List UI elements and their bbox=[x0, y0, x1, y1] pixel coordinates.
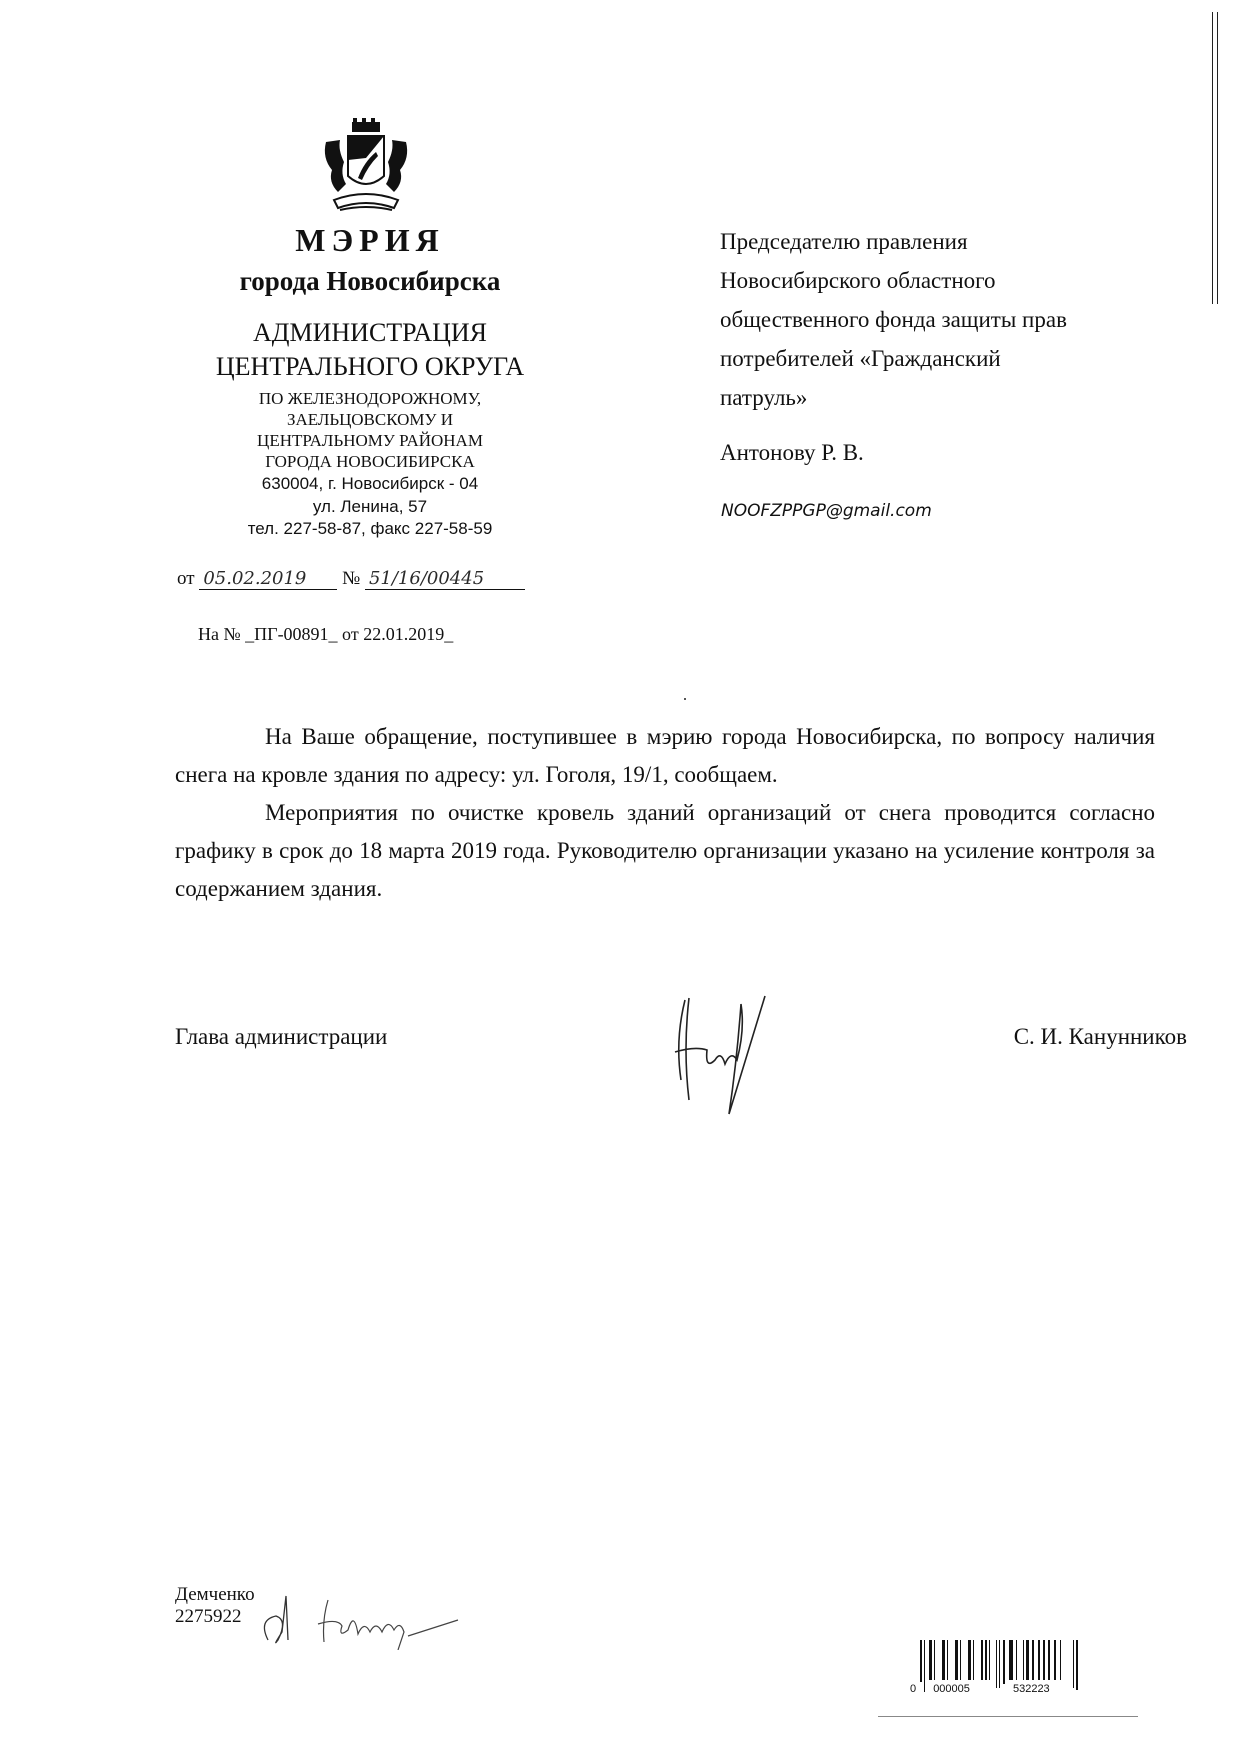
body-paragraph: На Ваше обращение, поступившее в мэрию г… bbox=[175, 718, 1155, 794]
in-reply-reference: На № _ПГ-00891_ от 22.01.2019_ bbox=[198, 624, 453, 645]
executor-info: Демченко 2275922 bbox=[175, 1584, 255, 1628]
recipient-line: потребителей «Гражданский bbox=[720, 339, 1190, 378]
districts-line: ЦЕНТРАЛЬНОМУ РАЙОНАМ bbox=[160, 430, 580, 451]
recipient-block: Председателю правления Новосибирского об… bbox=[720, 222, 1190, 472]
body-paragraph: Мероприятия по очистке кровель зданий ор… bbox=[175, 794, 1155, 908]
number-label: № bbox=[342, 568, 360, 589]
executor-phone: 2275922 bbox=[175, 1606, 255, 1628]
page-edge-line bbox=[1212, 12, 1218, 304]
barcode-digit-middle: 000005 bbox=[933, 1683, 970, 1695]
contact-phones: тел. 227-58-87, факс 227-58-59 bbox=[160, 519, 580, 539]
letter-body: На Ваше обращение, поступившее в мэрию г… bbox=[175, 718, 1155, 908]
signatory-name: С. И. Канунников bbox=[1014, 1024, 1187, 1050]
barcode-digit-left: 0 bbox=[910, 1683, 916, 1695]
outgoing-number: 51/16/00445 bbox=[365, 568, 525, 590]
recipient-name: Антонову Р. В. bbox=[720, 433, 1190, 472]
handwritten-signature-icon bbox=[645, 990, 805, 1120]
recipient-line: Новосибирского областного bbox=[720, 261, 1190, 300]
recipient-line: патруль» bbox=[720, 378, 1190, 417]
scan-speck bbox=[684, 698, 686, 700]
outgoing-reference: от 05.02.2019 № 51/16/00445 bbox=[177, 568, 525, 590]
admin-title-line2: ЦЕНТРАЛЬНОГО ОКРУГА bbox=[160, 352, 580, 382]
districts-line: ЗАЕЛЬЦОВСКОМУ И bbox=[160, 409, 580, 430]
address-line: 630004, г. Новосибирск - 04 bbox=[160, 474, 580, 494]
office-city: города Новосибирска bbox=[160, 266, 580, 297]
signatory-position: Глава администрации bbox=[175, 1024, 387, 1050]
executor-name: Демченко bbox=[175, 1584, 255, 1606]
recipient-line: Председателю правления bbox=[720, 222, 1190, 261]
bottom-rule bbox=[878, 1716, 1138, 1717]
outgoing-date: 05.02.2019 bbox=[199, 568, 337, 590]
admin-title-line1: АДМИНИСТРАЦИЯ bbox=[160, 318, 580, 348]
districts-line: ГОРОДА НОВОСИБИРСКА bbox=[160, 451, 580, 472]
barcode-digits: 0 000005 532223 bbox=[910, 1683, 1120, 1695]
coat-of-arms-icon bbox=[318, 118, 414, 218]
address-line: ул. Ленина, 57 bbox=[160, 497, 580, 517]
office-title: МЭРИЯ bbox=[160, 222, 580, 259]
barcode-digit-right: 532223 bbox=[1013, 1683, 1050, 1695]
from-label: от bbox=[177, 568, 195, 589]
recipient-line: общественного фонда защиты прав bbox=[720, 300, 1190, 339]
initials-signature-icon bbox=[258, 1590, 488, 1650]
recipient-email: NOOFZPPGP@gmail.com bbox=[721, 501, 932, 521]
districts-line: ПО ЖЕЛЕЗНОДОРОЖНОМУ, bbox=[160, 388, 580, 409]
